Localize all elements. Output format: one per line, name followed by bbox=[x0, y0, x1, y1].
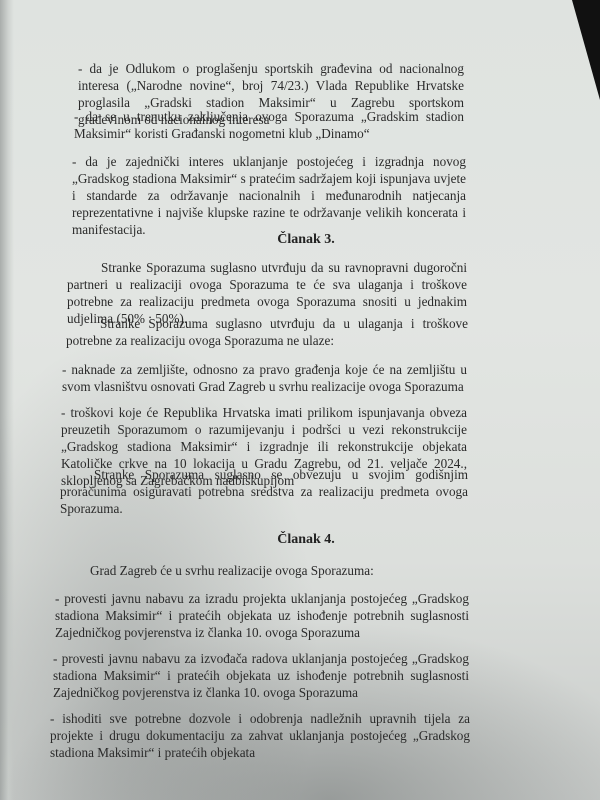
intro-item-2: - da se u trenutku zaključenja ovoga Spo… bbox=[74, 108, 464, 142]
article-3-heading: Članak 3. bbox=[6, 231, 600, 248]
article-3-para-3: Stranke Sporazuma suglasno se obvezuju u… bbox=[60, 466, 468, 517]
article-4-item-1: - provesti javnu nabavu za izradu projek… bbox=[55, 590, 469, 641]
article-4-heading: Članak 4. bbox=[6, 531, 600, 548]
article-4-item-3: - ishoditi sve potrebne dozvole i odobre… bbox=[50, 710, 470, 761]
intro-item-3: - da je zajednički interes uklanjanje po… bbox=[72, 153, 466, 238]
article-4-item-2: - provesti javnu nabavu za izvođača rado… bbox=[53, 650, 469, 701]
document-page: - da je Odlukom o proglašenju sportskih … bbox=[0, 0, 600, 800]
article-3-para-2: Stranke Sporazuma suglasno utvrđuju da u… bbox=[66, 315, 468, 349]
article-4-intro: Grad Zagreb će u svrhu realizacije ovoga… bbox=[56, 562, 468, 579]
page-edge-shadow bbox=[0, 0, 14, 800]
article-3-item-1: - naknade za zemljište, odnosno za pravo… bbox=[62, 361, 467, 395]
